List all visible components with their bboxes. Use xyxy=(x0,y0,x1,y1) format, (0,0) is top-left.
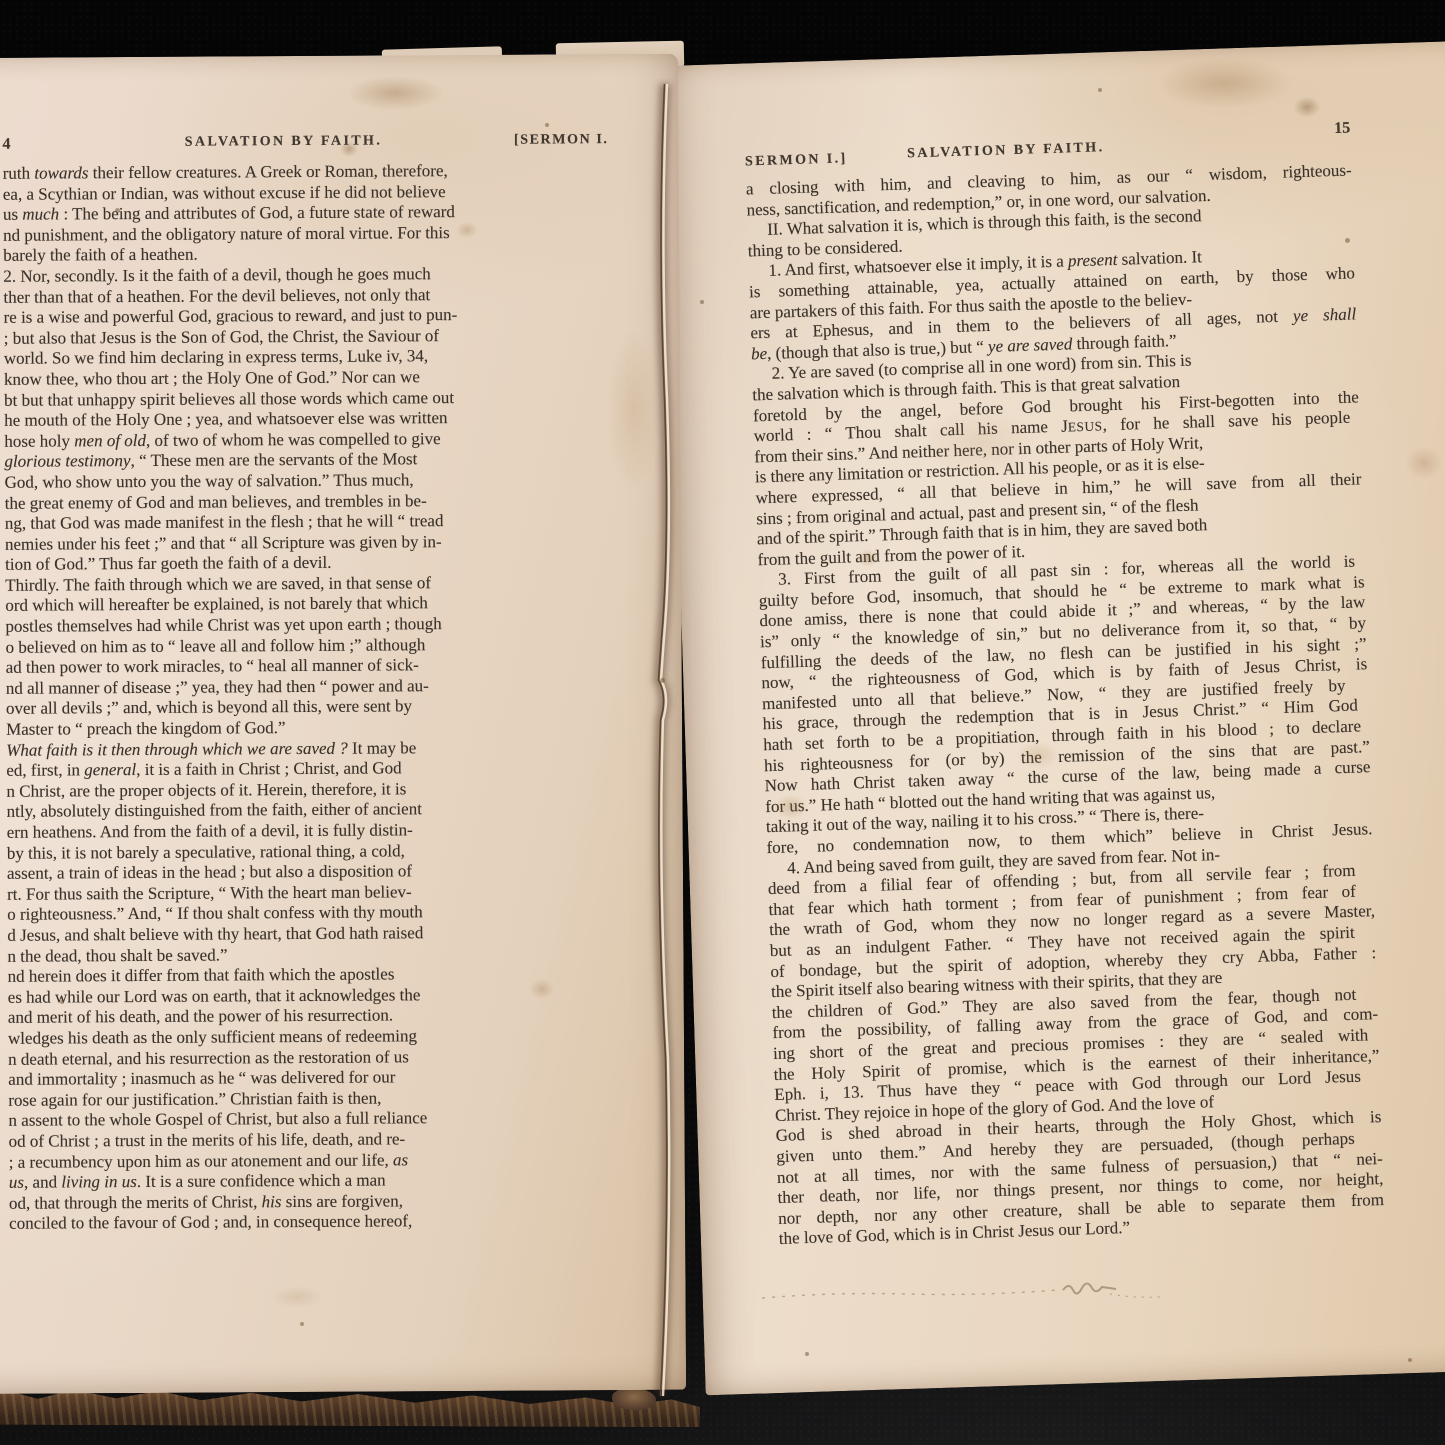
page-right-body: a closing with him, and cleaving to him,… xyxy=(746,160,1385,1249)
running-head: 4 SALVATION BY FAITH. [SERMON I. xyxy=(2,132,608,156)
page-right-text: SERMON I.] SALVATION BY FAITH. 15 a clos… xyxy=(745,132,1385,1249)
book-page-right: SERMON I.] SALVATION BY FAITH. 15 a clos… xyxy=(664,41,1445,1395)
book-page-left: 4 SALVATION BY FAITH. [SERMON I. ruth to… xyxy=(0,54,686,1394)
page-number: 15 xyxy=(1334,119,1351,137)
running-title: SALVATION BY FAITH. xyxy=(703,134,1309,169)
gutter-paper-fragment xyxy=(612,1388,656,1410)
text-line: conciled to the favour of God ; and, in … xyxy=(9,1210,615,1234)
page-left-text: 4 SALVATION BY FAITH. [SERMON I. ruth to… xyxy=(2,132,615,1235)
running-title: SALVATION BY FAITH. xyxy=(0,132,587,152)
book-photo: SERMON I.] SALVATION BY FAITH. 15 a clos… xyxy=(0,0,1445,1445)
page-left-body: ruth towards their fellow creatures. A G… xyxy=(3,160,616,1235)
sermon-label: [SERMON I. xyxy=(514,132,609,149)
